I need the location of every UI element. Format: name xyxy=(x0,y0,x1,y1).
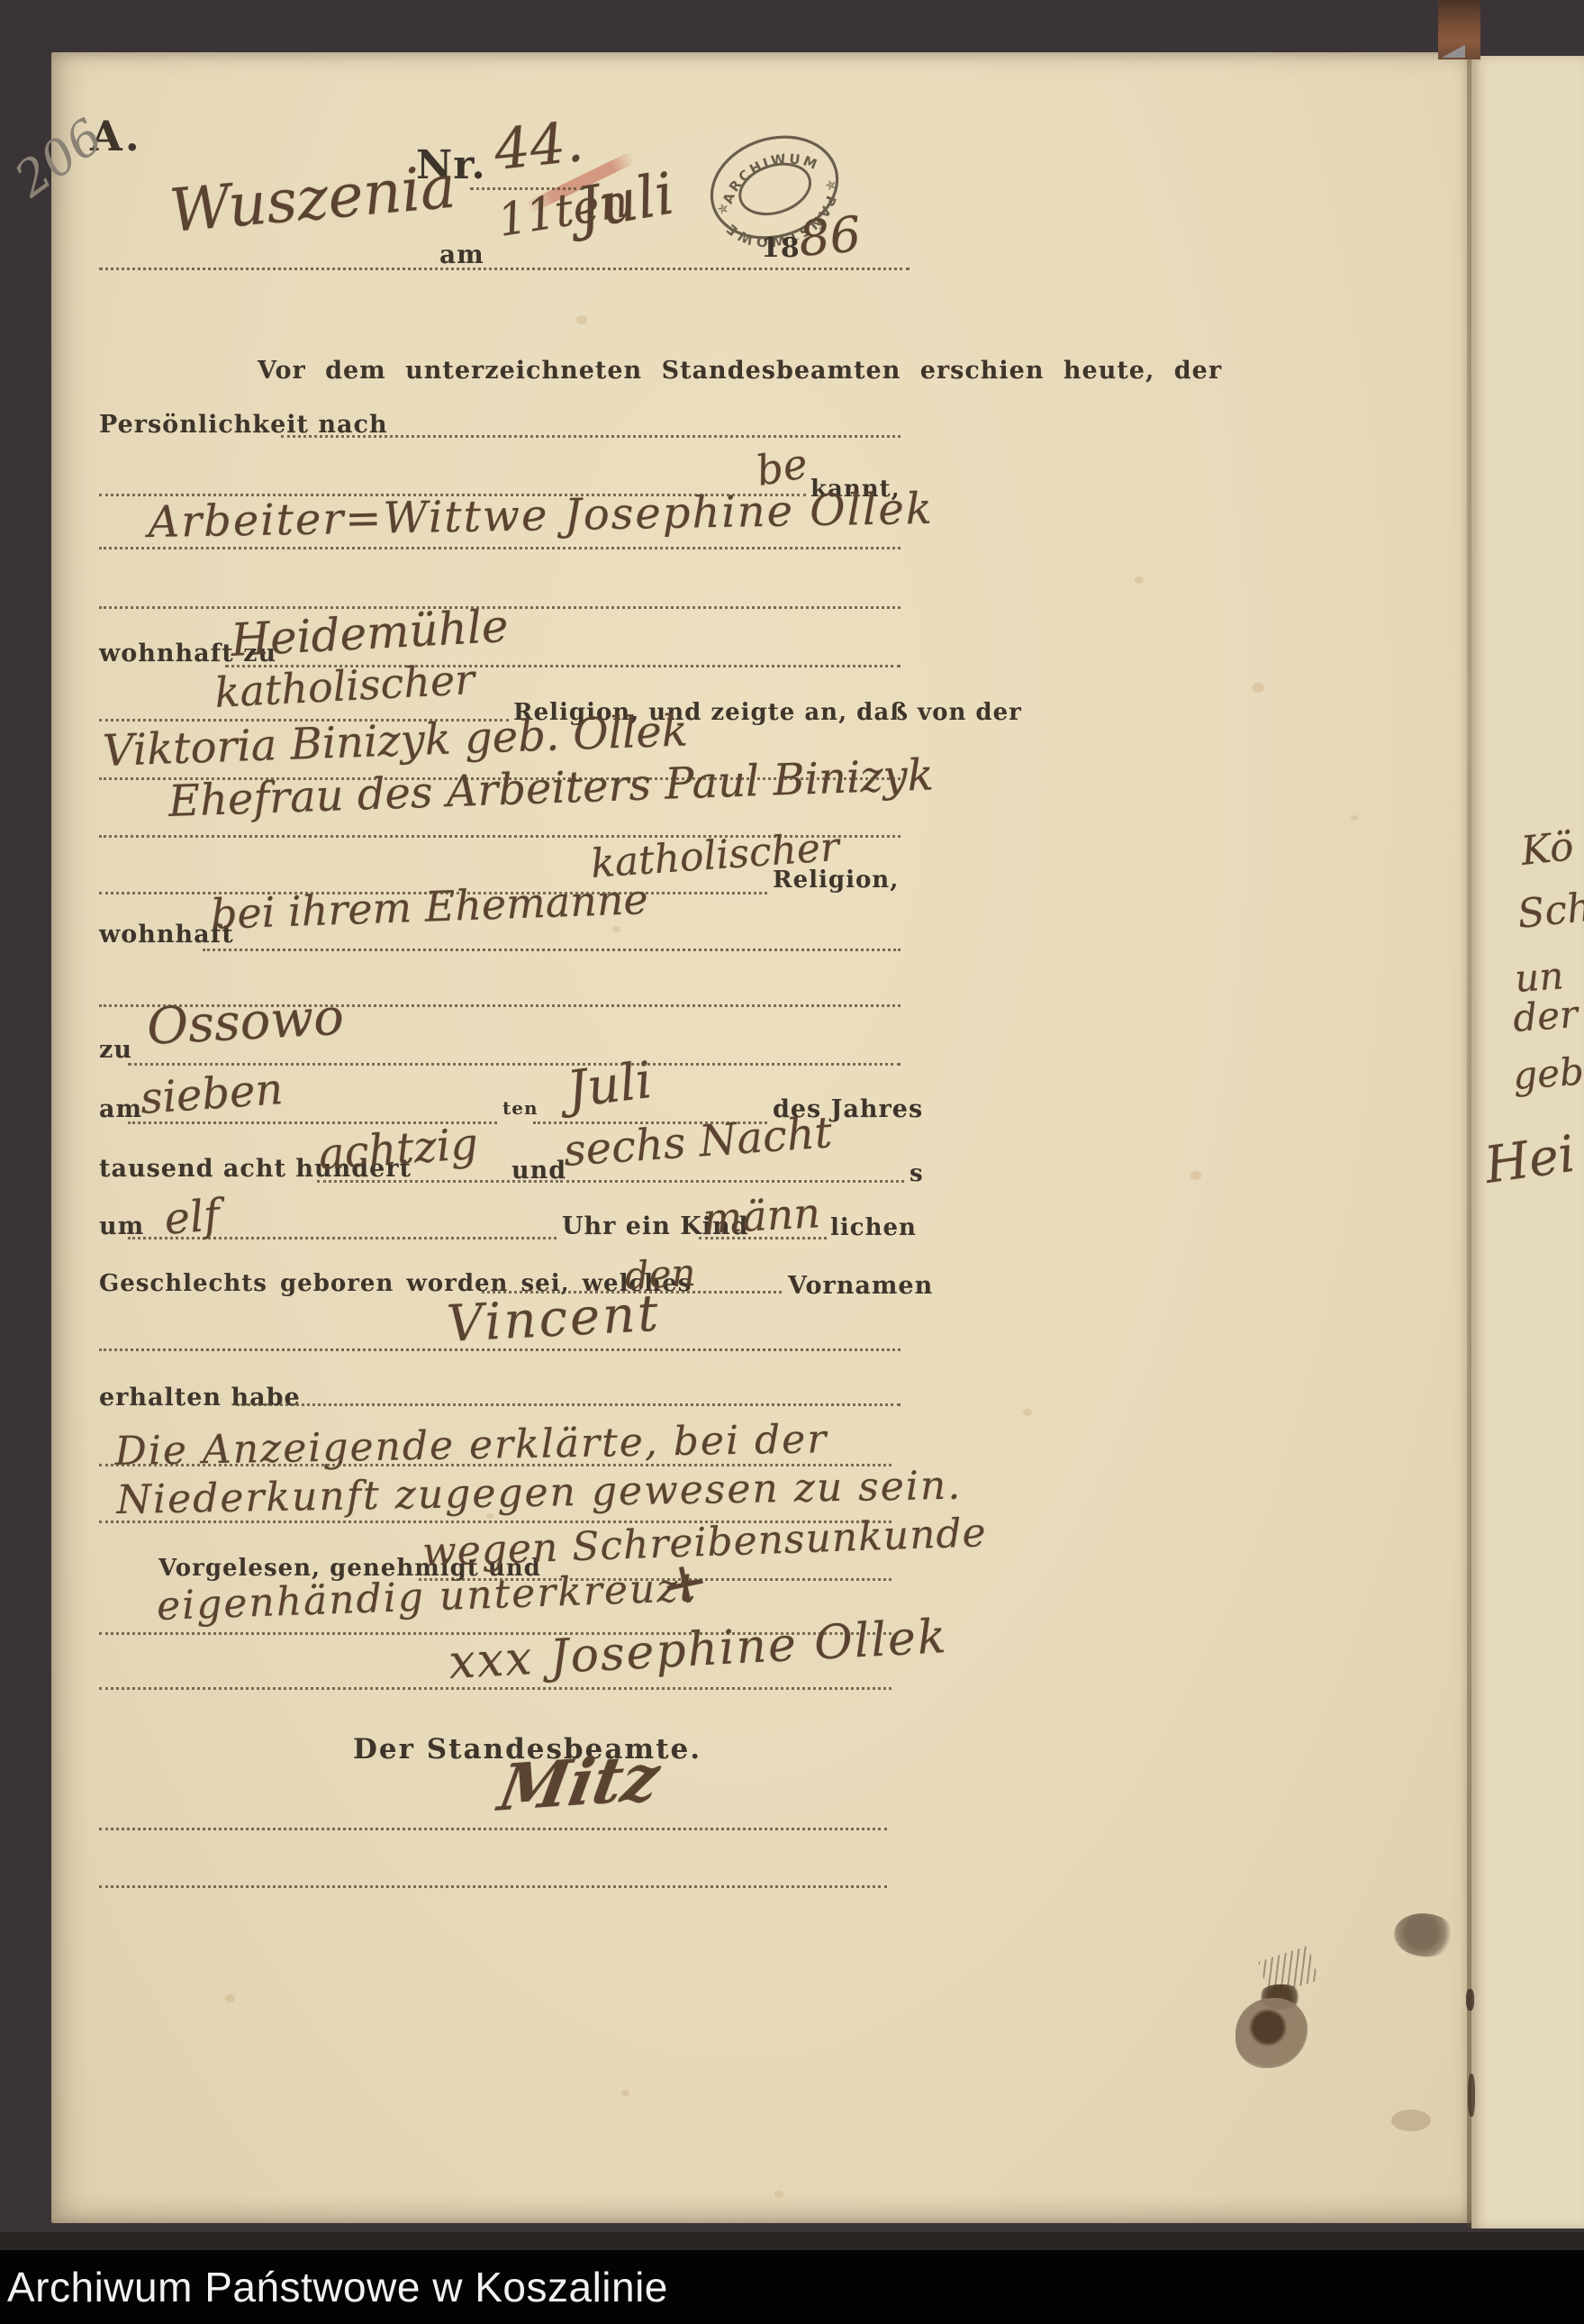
dotted-rule-line xyxy=(99,1632,892,1635)
archive-name: Archiwum Państwowe w Koszalinie xyxy=(7,2263,668,2311)
foxing-spot xyxy=(1023,1409,1032,1416)
dotted-rule-line xyxy=(99,835,901,838)
dotted-rule-line xyxy=(128,1237,557,1239)
am-label: am xyxy=(439,240,484,269)
label-religion2: Religion, xyxy=(773,867,899,894)
dotted-rule-line xyxy=(99,777,901,780)
page-fold-crease xyxy=(1467,54,1471,2227)
dotted-rule-line xyxy=(419,1578,892,1581)
nr-value: 44. xyxy=(491,108,586,183)
foxing-spot xyxy=(1190,1171,1201,1180)
archive-footer-bar: Archiwum Państwowe w Koszalinie xyxy=(0,2250,1584,2324)
dotted-rule-line xyxy=(203,949,901,951)
dotted-rule-line xyxy=(99,719,509,722)
crease-mark xyxy=(1466,1989,1474,2011)
dotted-rule-line xyxy=(99,1828,887,1830)
hw-birth-month: Juli xyxy=(564,1051,656,1120)
hw-child-name: Vincent xyxy=(446,1285,663,1354)
form-intro: Vor dem unterzeichneten Standesbeamten e… xyxy=(258,357,1222,385)
dotted-rule-line xyxy=(99,1004,901,1007)
margin-note: Hei xyxy=(1481,1125,1579,1195)
margin-note: Kö xyxy=(1519,823,1576,875)
dotted-rule-line xyxy=(533,1121,767,1124)
crease-mark xyxy=(1468,2074,1475,2117)
year-value: 86 xyxy=(797,205,864,268)
hw-birth-day: sieben xyxy=(139,1064,285,1124)
dotted-rule-line xyxy=(281,435,901,438)
stamp-text-top: ARCHIWUM xyxy=(711,139,828,210)
hw-gender: männ xyxy=(701,1188,821,1243)
dotted-rule-line xyxy=(560,1180,904,1183)
dotted-rule-line xyxy=(99,494,806,496)
label-lichen: lichen xyxy=(830,1214,917,1241)
hw-registrar-signature: Mitz xyxy=(493,1738,665,1826)
svg-text:ARCHIWUM: ARCHIWUM xyxy=(711,139,828,210)
faint-stain xyxy=(1391,2110,1431,2131)
dotted-rule-line xyxy=(236,1403,901,1406)
adjacent-page: Kö Sch un der geb Hei xyxy=(1471,56,1584,2229)
label-ten: ten xyxy=(502,1097,539,1119)
dotted-rule-line xyxy=(470,187,584,190)
label-am2: am xyxy=(99,1095,142,1123)
foxing-spot xyxy=(1135,576,1144,584)
dotted-rule-line xyxy=(128,1121,497,1124)
foxing-spot xyxy=(576,315,587,324)
dotted-rule-line xyxy=(225,665,901,667)
hw-birthplace: Ossowo xyxy=(146,988,346,1057)
dotted-rule-line xyxy=(317,1180,558,1183)
label-vornamen: Vornamen xyxy=(788,1272,933,1300)
dotted-rule-line xyxy=(482,1291,782,1294)
document-scan: Kö Sch un der geb Hei A. 206 Nr. 44. ARC… xyxy=(0,0,1584,2324)
dotted-rule-line xyxy=(99,1521,892,1523)
dotted-rule-line xyxy=(99,1687,892,1690)
foxing-spot xyxy=(774,2191,783,2198)
margin-note: geb xyxy=(1512,1049,1584,1098)
label-erhalten-habe: erhalten habe xyxy=(99,1384,301,1412)
dotted-rule-line xyxy=(99,268,910,270)
dotted-rule-line xyxy=(99,892,767,894)
margin-note: der xyxy=(1512,992,1579,1040)
label-zu: zu xyxy=(99,1036,132,1064)
dotted-rule-line xyxy=(128,1063,901,1066)
dotted-rule-line xyxy=(699,1237,827,1239)
year-century: 18 xyxy=(761,232,801,264)
dotted-rule-line xyxy=(99,606,901,609)
dotted-rule-line xyxy=(99,547,901,549)
foxing-spot xyxy=(225,1994,235,2002)
dotted-rule-line xyxy=(99,1348,901,1351)
scan-bottom-band xyxy=(0,2232,1584,2250)
label-s-suffix: s xyxy=(910,1160,924,1187)
margin-note: Sch xyxy=(1516,885,1584,938)
dotted-rule-line xyxy=(99,1464,892,1466)
dotted-rule-line xyxy=(99,1885,887,1888)
